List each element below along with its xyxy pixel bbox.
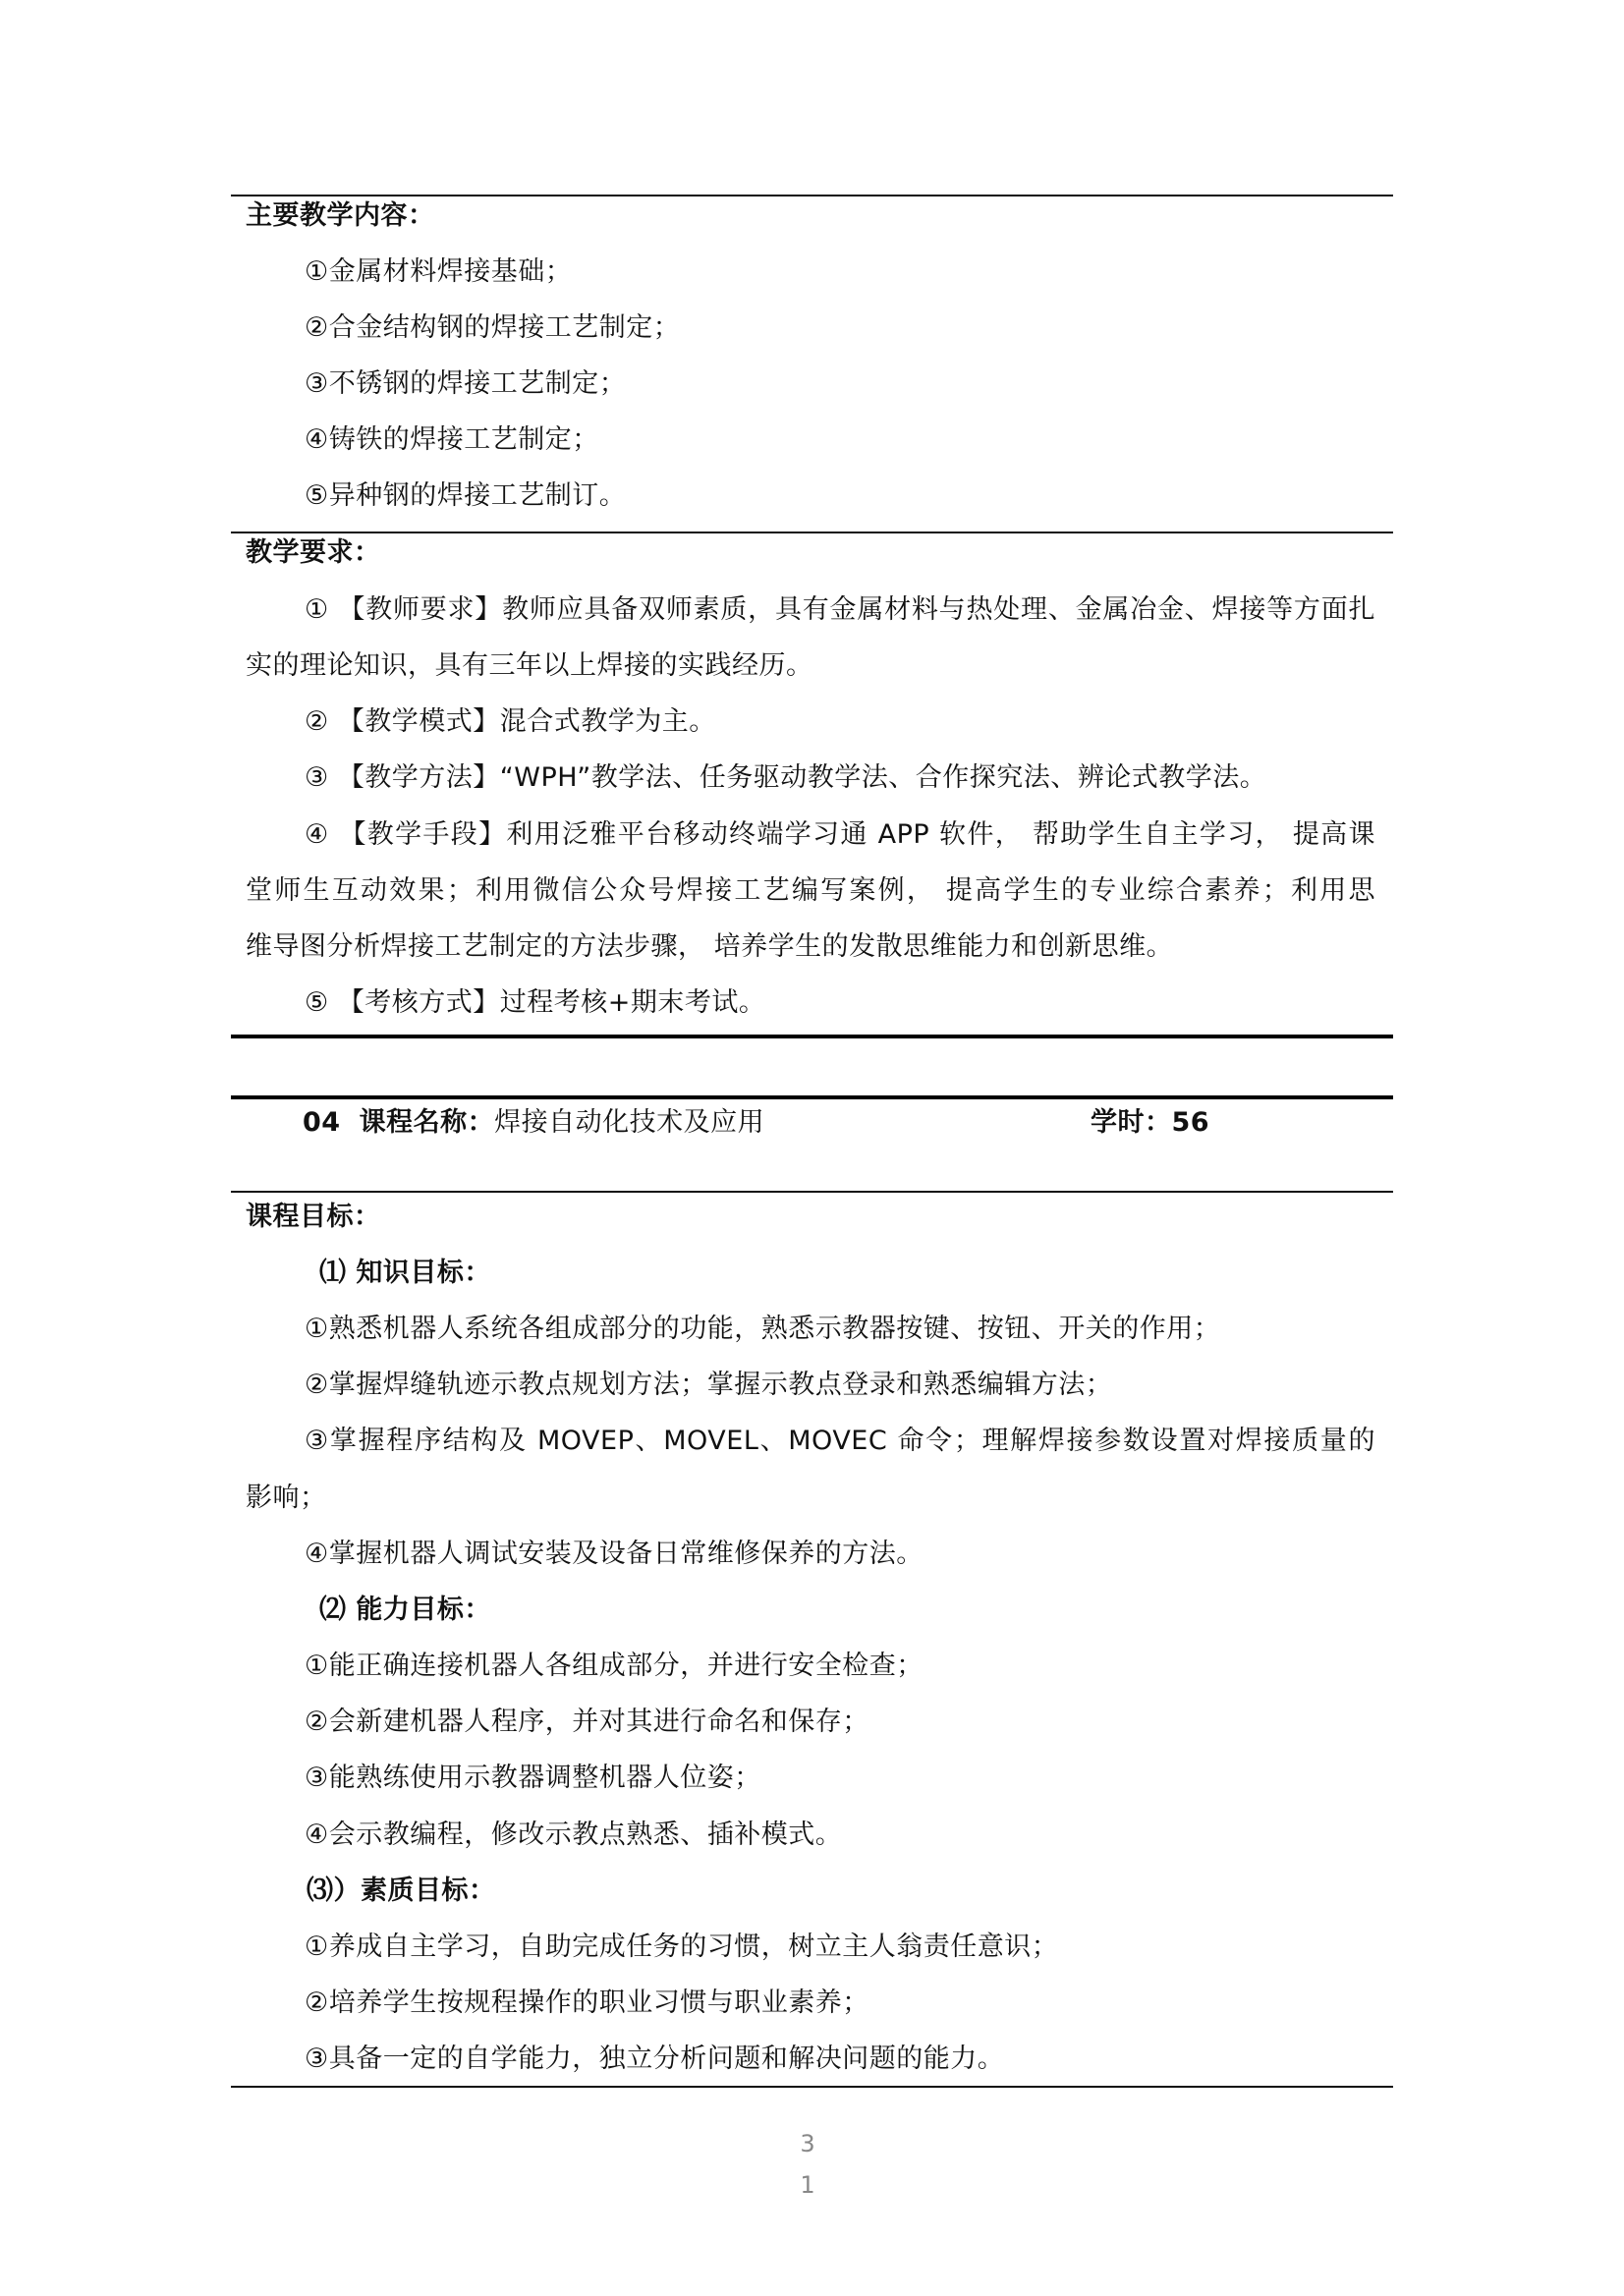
course-header: 04 课程名称：焊接自动化技术及应用 <box>303 1106 764 1140</box>
course-name-label: 课程名称： <box>360 1107 495 1138</box>
requirement-line: ④ 【教学手段】利用泛雅平台移动终端学习通 APP 软件， 帮助学生自主学习， … <box>305 818 1375 852</box>
knowledge-line: ②掌握焊缝轨迹示教点规划方法；掌握示教点登录和熟悉编辑方法； <box>305 1369 1112 1402</box>
content-item: ③不锈钢的焊接工艺制定； <box>305 367 626 401</box>
course-hours-value: 56 <box>1172 1107 1210 1138</box>
course-number: 04 <box>303 1107 341 1138</box>
knowledge-line: 影响； <box>246 1482 327 1515</box>
requirement-line: 维导图分析焊接工艺制定的方法步骤， 培养学生的发散思维能力和创新思维。 <box>246 930 1173 964</box>
page-number-top: 3 <box>788 2130 827 2157</box>
quality-line: ①养成自主学习，自助完成任务的习惯，树立主人翁责任意识； <box>305 1931 1058 1964</box>
knowledge-line: ①熟悉机器人系统各组成部分的功能，熟悉示教器按键、按钮、开关的作用； <box>305 1313 1220 1346</box>
requirement-line: ⑤ 【考核方式】过程考核+期末考试。 <box>305 986 765 1020</box>
rule-section-end <box>231 1035 1393 1038</box>
subheading-quality: ⑶）素质目标： <box>307 1875 496 1908</box>
rule-course-header <box>231 1095 1393 1099</box>
ability-line: ③能熟练使用示教器调整机器人位姿； <box>305 1762 761 1795</box>
content-item: ④铸铁的焊接工艺制定； <box>305 423 599 457</box>
requirement-line: ① 【教师要求】教师应具备双师素质，具有金属材料与热处理、金属冶金、焊接等方面扎 <box>305 593 1375 627</box>
heading-requirements: 教学要求： <box>246 536 381 570</box>
course-hours-label: 学时： <box>1091 1107 1172 1138</box>
requirement-line: 实的理论知识，具有三年以上焊接的实践经历。 <box>246 649 813 683</box>
page-number-bottom: 1 <box>788 2171 827 2199</box>
ability-line: ①能正确连接机器人各组成部分，并进行安全检查； <box>305 1650 924 1683</box>
ability-line: ②会新建机器人程序，并对其进行命名和保存； <box>305 1706 869 1739</box>
rule-bottom <box>231 2086 1393 2088</box>
rule-top <box>231 195 1393 196</box>
requirement-line: ② 【教学模式】混合式教学为主。 <box>305 705 716 739</box>
course-hours: 学时：56 <box>1091 1106 1209 1140</box>
heading-main-content: 主要教学内容： <box>246 199 435 233</box>
course-name-value: 焊接自动化技术及应用 <box>494 1107 764 1138</box>
quality-line: ③具备一定的自学能力，独立分析问题和解决问题的能力。 <box>305 2043 1004 2076</box>
knowledge-line: ③掌握程序结构及 MOVEP、MOVEL、MOVEC 命令；理解焊接参数设置对焊… <box>305 1425 1375 1458</box>
subheading-knowledge: ⑴ 知识目标： <box>319 1257 491 1290</box>
rule-goals <box>231 1191 1393 1193</box>
ability-line: ④会示教编程，修改示教点熟悉、插补模式。 <box>305 1819 842 1852</box>
content-item: ②合金结构钢的焊接工艺制定； <box>305 311 680 345</box>
rule-requirements <box>231 532 1393 533</box>
heading-goals: 课程目标： <box>246 1201 381 1234</box>
knowledge-line: ④掌握机器人调试安装及设备日常维修保养的方法。 <box>305 1538 924 1571</box>
quality-line: ②培养学生按规程操作的职业习惯与职业素养； <box>305 1987 869 2020</box>
content-item: ①金属材料焊接基础； <box>305 255 572 289</box>
content-item: ⑤异种钢的焊接工艺制订。 <box>305 479 626 513</box>
subheading-ability: ⑵ 能力目标： <box>319 1594 491 1627</box>
requirement-line: ③ 【教学方法】“WPH”教学法、任务驱动教学法、合作探究法、辨论式教学法。 <box>305 761 1266 795</box>
requirement-line: 堂师生互动效果；利用微信公众号焊接工艺编写案例， 提高学生的专业综合素养；利用思 <box>246 874 1375 908</box>
